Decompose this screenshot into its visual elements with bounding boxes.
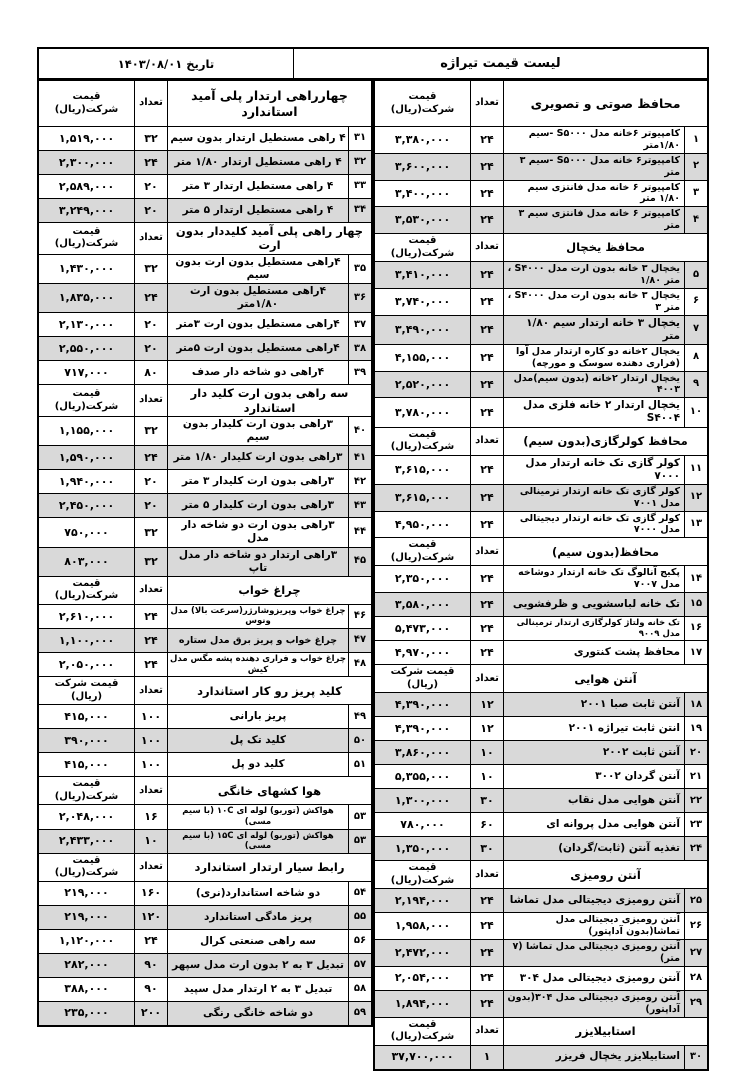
table-row: ۳۱۴ راهی مستطیل ارتدار بدون سیم۳۲۱,۵۱۹,۰… [39,126,371,150]
row-number: ۴۲ [348,470,371,493]
section-title: کلید پریز رو کار استاندارد [167,677,371,704]
table-row: ۱۴پکیج آنالوگ تک خانه ارتدار دوشاخه مدل … [375,565,707,592]
section-title: رابط سیار ارتدار استاندارد [167,854,371,881]
item-price: ۳,۶۱۵,۰۰۰ [375,485,470,511]
item-qty: ۲۴ [470,154,503,180]
products-column-left: چهارراهی ارتدار پلی آمید استانداردتعدادق… [37,80,373,1027]
item-qty: ۹۰ [134,954,167,977]
table-row: ۱۹انتن ثابت تیراژه ۲۰۰۱۱۲۴,۳۹۰,۰۰۰ [375,716,707,740]
item-qty: ۱۰۰ [134,753,167,776]
item-description: تغذیه آنتن (ثابت/گردان) [503,837,684,860]
item-description: ۴راهی مستطیل بدون ارت بدون سیم [167,255,348,283]
section-title: استابیلایزر [503,1018,707,1045]
item-description: کامپیوتر ۶ خانه مدل فانتزی سیم ۱/۸۰ متر [503,181,684,207]
row-number: ۳۷ [348,313,371,336]
table-row: ۳۸۴راهی مستطیل بدون ارت ۵متر۲۰۲,۵۵۰,۰۰۰ [39,336,371,360]
item-qty: ۶۰ [470,813,503,836]
item-price: ۱,۵۹۰,۰۰۰ [39,446,134,469]
item-description: ۳راهی بدون ارت کلیدار بدون سیم [167,417,348,445]
qty-column-label: تعداد [470,665,503,692]
item-description: استابیلایزر یخچال فریزر [503,1046,684,1069]
row-number: ۳۴ [348,199,371,222]
table-row: ۵۳هواکش (توربو) لوله ای ۱۵C (با سیم مسی)… [39,829,371,853]
item-price: ۲,۰۴۸,۰۰۰ [39,805,134,828]
item-description: یخچال ارتدار ۲ خانه فلزی مدل S۴۰۰۴ [503,398,684,426]
item-price: ۴,۱۵۵,۰۰۰ [375,345,470,371]
title-row: لیست قیمت تیراژه تاریخ ۱۴۰۳/۰۸/۰۱ [37,47,709,80]
item-description: تبدیل ۳ به ۲ ارتدار مدل سپید [167,978,348,1001]
item-description: آنتن هوایی مدل نقاب [503,789,684,812]
item-qty: ۲۴ [134,930,167,953]
table-row: ۱۳کولر گازی تک خانه ارتدار دیجیتالی مدل … [375,511,707,538]
table-row: ۵۴دو شاخه استاندارد(نری)۱۶۰۲۱۹,۰۰۰ [39,881,371,905]
item-price: ۱,۸۳۵,۰۰۰ [39,284,134,312]
item-price: ۳,۴۹۰,۰۰۰ [375,316,470,344]
item-price: ۲,۵۸۹,۰۰۰ [39,175,134,198]
item-price: ۲,۱۹۴,۰۰۰ [375,889,470,912]
item-qty: ۱۰ [134,830,167,853]
row-number: ۴۱ [348,446,371,469]
item-description: ۴راهی مستطیل بدون ارت ۵متر [167,337,348,360]
section-header-row: محافظ کولرگازی(بدون سیم)تعدادقیمت شرکت(ر… [375,427,707,455]
item-description: ۳راهی ارتدار دو شاخه دار مدل تاپ [167,548,348,576]
item-qty: ۲۴ [470,512,503,538]
item-description: پریز بارانی [167,705,348,728]
item-qty: ۳۲ [134,548,167,576]
row-number: ۵۱ [348,753,371,776]
item-price: ۲,۳۵۰,۰۰۰ [375,566,470,592]
table-row: ۲۰آنتن ثابت ۲۰۰۲۱۰۳,۸۶۰,۰۰۰ [375,740,707,764]
item-price: ۵,۳۵۵,۰۰۰ [375,765,470,788]
qty-column-label: تعداد [134,854,167,881]
table-row: ۵۶سه راهی صنعتی کرال۲۴۱,۱۲۰,۰۰۰ [39,929,371,953]
item-price: ۲,۴۷۲,۰۰۰ [375,940,470,966]
item-price: ۴,۹۵۰,۰۰۰ [375,512,470,538]
item-price: ۷۱۷,۰۰۰ [39,361,134,384]
table-row: ۴۴۳راهی بدون ارت دو شاخه دار مدل۳۲۷۵۰,۰۰… [39,517,371,546]
row-number: ۱۲ [684,485,707,511]
main-header-row: چهارراهی ارتدار پلی آمید استانداردتعدادق… [39,80,371,126]
item-price: ۱,۵۱۹,۰۰۰ [39,127,134,150]
price-column-label: قیمت شرکت(ریال) [39,223,134,254]
row-number: ۸ [684,345,707,371]
table-row: ۴۹پریز بارانی۱۰۰۴۱۵,۰۰۰ [39,704,371,728]
qty-column-label: تعداد [470,234,503,261]
row-number: ۵۷ [348,954,371,977]
table-row: ۳۲۴ راهی مستطیل ارتدار ۱/۸۰ متر۲۴۲,۳۰۰,۰… [39,150,371,174]
row-number: ۵۰ [348,729,371,752]
row-number: ۱۶ [684,617,707,640]
qty-column-label: تعداد [470,538,503,565]
row-number: ۴۷ [348,629,371,652]
item-description: ۴ راهی مستطیل ارتدار ۵ متر [167,199,348,222]
item-price: ۲,۵۲۰,۰۰۰ [375,372,470,398]
item-qty: ۲۴ [470,889,503,912]
item-qty: ۱۲ [470,693,503,716]
item-description: آنتن ثابت صبا ۲۰۰۱ [503,693,684,716]
item-price: ۲۱۹,۰۰۰ [39,906,134,929]
item-qty: ۳۰ [470,789,503,812]
row-number: ۵۳ [348,805,371,828]
row-number: ۲۵ [684,889,707,912]
item-description: تک خانه ولتاژ کولرگازی ارتدار ترمینالی م… [503,617,684,640]
table-row: ۴۵۳راهی ارتدار دو شاخه دار مدل تاپ۳۲۸۰۳,… [39,547,371,576]
item-qty: ۲۴ [470,316,503,344]
item-description: یخچال ۳ خانه ارتدار سیم ۱/۸۰ متر [503,316,684,344]
item-price: ۲۱۹,۰۰۰ [39,882,134,905]
item-price: ۲,۳۰۰,۰۰۰ [39,151,134,174]
section-header-row: آنتن رومیزیتعدادقیمت شرکت(ریال) [375,860,707,888]
item-qty: ۲۴ [134,284,167,312]
item-price: ۳,۷۴۰,۰۰۰ [375,289,470,315]
item-price: ۴۱۵,۰۰۰ [39,753,134,776]
row-number: ۵۵ [348,906,371,929]
item-description: هواکش (توربو) لوله ای ۱۰C (با سیم مسی) [167,805,348,828]
item-price: ۸۰۳,۰۰۰ [39,548,134,576]
item-description: ۴ راهی مستطیل ارتدار ۳ متر [167,175,348,198]
row-number: ۳۳ [348,175,371,198]
item-qty: ۱۶۰ [134,882,167,905]
price-table: لیست قیمت تیراژه تاریخ ۱۴۰۳/۰۸/۰۱ محافظ … [37,47,709,1071]
item-price: ۲,۴۳۳,۰۰۰ [39,830,134,853]
table-row: ۲۷آنتن رومیزی دیجیتالی مدل تماشا (۷ متر)… [375,939,707,966]
table-row: ۳۶۴راهی مستطیل بدون ارت ۱/۸۰متر۲۴۱,۸۳۵,۰… [39,283,371,312]
table-body: محافظ صوتی و تصویریتعدادقیمت شرکت(ریال)۱… [37,80,709,1071]
item-price: ۵,۴۷۳,۰۰۰ [375,617,470,640]
section-title: چهار راهی پلی آمید کلیددار بدون ارت [167,223,371,254]
item-description: کولر گازی تک خانه ارتدار دیجیتالی مدل ۷۰… [503,512,684,538]
item-price: ۳,۴۰۰,۰۰۰ [375,181,470,207]
item-qty: ۲۴ [470,485,503,511]
row-number: ۵۶ [348,930,371,953]
item-description: آنتن رومیزی دیجیتالی مدل تماشا [503,889,684,912]
item-qty: ۲۰۰ [134,1002,167,1025]
table-row: ۱۸آنتن ثابت صبا ۲۰۰۱۱۲۴,۳۹۰,۰۰۰ [375,692,707,716]
item-qty: ۲۴ [134,151,167,174]
item-description: پریز مادگی استاندارد [167,906,348,929]
item-qty: ۲۴ [470,181,503,207]
table-row: ۱۷محافظ پشت کنتوری۲۴۴,۹۷۰,۰۰۰ [375,640,707,664]
item-description: کلید دو پل [167,753,348,776]
row-number: ۴۹ [348,705,371,728]
section-title: سه راهی بدون ارت کلید دار استاندارد [167,385,371,416]
row-number: ۹ [684,372,707,398]
qty-column-label: تعداد [470,1018,503,1045]
section-title: آنتن رومیزی [503,861,707,888]
row-number: ۲۳ [684,813,707,836]
table-row: ۶یخچال ۳ خانه بدون ارت مدل S۴۰۰۰ ، متر ۳… [375,288,707,315]
item-description: دو شاخه استاندارد(نری) [167,882,348,905]
item-description: آنتن گردان ۳۰۰۲ [503,765,684,788]
item-description: یخچال ۳ خانه بدون ارت مدل S۴۰۰۰ ، متر ۳ [503,289,684,315]
price-column-label: قیمت شرکت (ریال) [375,665,470,692]
item-description: انتن ثابت تیراژه ۲۰۰۱ [503,717,684,740]
row-number: ۴ [684,207,707,233]
row-number: ۲۲ [684,789,707,812]
table-row: ۳۵۴راهی مستطیل بدون ارت بدون سیم۳۲۱,۴۳۰,… [39,254,371,283]
section-title: چهارراهی ارتدار پلی آمید استاندارد [167,81,371,126]
item-price: ۳,۷۸۰,۰۰۰ [375,398,470,426]
table-row: ۱۲کولر گازی تک خانه ارتدار ترمینالی مدل … [375,484,707,511]
page-title: لیست قیمت تیراژه [293,49,707,78]
table-row: ۳۳۴ راهی مستطیل ارتدار ۳ متر۲۰۲,۵۸۹,۰۰۰ [39,174,371,198]
item-price: ۳,۵۸۰,۰۰۰ [375,593,470,616]
item-description: آنتن رومیزی دیجیتالی مدل تماشا (۷ متر) [503,940,684,966]
table-row: ۹یخچال ارتدار ۲خانه (بدون سیم)مدل ۴۰۰۳۲۴… [375,371,707,398]
item-qty: ۱۲ [470,717,503,740]
item-price: ۳,۳۸۰,۰۰۰ [375,127,470,153]
qty-column-label: تعداد [134,385,167,416]
item-description: کلید تک پل [167,729,348,752]
row-number: ۳۸ [348,337,371,360]
table-row: ۱۰یخچال ارتدار ۲ خانه فلزی مدل S۴۰۰۴۲۴۳,… [375,397,707,426]
row-number: ۴۰ [348,417,371,445]
main-header-row: محافظ صوتی و تصویریتعدادقیمت شرکت(ریال) [375,80,707,126]
item-description: ۳راهی بدون ارت کلیدار ۱/۸۰ متر [167,446,348,469]
item-description: آنتن ثابت ۲۰۰۲ [503,741,684,764]
item-qty: ۱۰۰ [134,729,167,752]
item-price: ۴,۳۹۰,۰۰۰ [375,717,470,740]
table-row: ۵۱کلید دو پل۱۰۰۴۱۵,۰۰۰ [39,752,371,776]
item-price: ۱,۱۰۰,۰۰۰ [39,629,134,652]
item-price: ۱,۹۵۸,۰۰۰ [375,913,470,939]
row-number: ۵۹ [348,1002,371,1025]
item-price: ۲۳۵,۰۰۰ [39,1002,134,1025]
item-qty: ۱ [470,1046,503,1069]
item-price: ۷۸۰,۰۰۰ [375,813,470,836]
section-title: محافظ یخچال [503,234,707,261]
price-column-label: قیمت شرکت(ریال) [39,854,134,881]
row-number: ۴۳ [348,494,371,517]
item-qty: ۲۴ [134,629,167,652]
table-row: ۴۳۳راهی بدون ارت کلیدار ۵ متر۲۰۲,۴۵۰,۰۰۰ [39,493,371,517]
row-number: ۲۶ [684,913,707,939]
table-row: ۴۷چراغ خواب و پریز برق مدل ستاره۲۴۱,۱۰۰,… [39,628,371,652]
price-column-label: قیمت شرکت(ریال) [375,861,470,888]
item-price: ۱,۳۵۰,۰۰۰ [375,837,470,860]
row-number: ۵۳ [348,830,371,853]
item-qty: ۲۴ [470,345,503,371]
item-description: تبدیل ۳ به ۲ بدون ارت مدل سپهر [167,954,348,977]
item-qty: ۲۰ [134,313,167,336]
row-number: ۲۹ [684,991,707,1017]
item-price: ۳,۲۴۹,۰۰۰ [39,199,134,222]
item-price: ۲,۵۵۰,۰۰۰ [39,337,134,360]
table-row: ۴۱۳راهی بدون ارت کلیدار ۱/۸۰ متر۲۴۱,۵۹۰,… [39,445,371,469]
item-qty: ۲۴ [470,127,503,153]
row-number: ۲۱ [684,765,707,788]
table-row: ۲۸آنتن رومیزی دیجیتالی مدل ۳۰۴۲۴۲,۰۵۴,۰۰… [375,966,707,990]
table-row: ۵۳هواکش (توربو) لوله ای ۱۰C (با سیم مسی)… [39,804,371,828]
item-description: یخچال ارتدار ۲خانه (بدون سیم)مدل ۴۰۰۳ [503,372,684,398]
row-number: ۲۷ [684,940,707,966]
item-price: ۱,۱۵۵,۰۰۰ [39,417,134,445]
item-description: آنتن هوایی مدل پروانه ای [503,813,684,836]
item-description: کامپیوتر ۶ خانه مدل فانتزی سیم ۳ متر [503,207,684,233]
table-row: ۳۰استابیلایزر یخچال فریزر۱۳۷,۷۰۰,۰۰۰ [375,1045,707,1069]
item-qty: ۲۰ [134,494,167,517]
row-number: ۵۸ [348,978,371,1001]
item-qty: ۲۴ [470,593,503,616]
row-number: ۳۲ [348,151,371,174]
table-row: ۴۶چراغ خواب وپریزوشارژر(سرعت بالا) مدل و… [39,604,371,628]
item-description: کولر گازی تک خانه ارتدار ترمینالی مدل ۷۰… [503,485,684,511]
item-price: ۲,۰۵۰,۰۰۰ [39,653,134,676]
item-description: چراغ خواب وپریزوشارژر(سرعت بالا) مدل ونو… [167,605,348,628]
section-header-row: چهار راهی پلی آمید کلیددار بدون ارتتعداد… [39,222,371,254]
section-title: آنتن هوایی [503,665,707,692]
qty-column-label: تعداد [134,677,167,704]
section-header-row: سه راهی بدون ارت کلید دار استانداردتعداد… [39,384,371,416]
table-row: ۲۶آنتن رومیزی دیجیتالی مدل تماشا(بدون آد… [375,912,707,939]
table-row: ۳کامپیوتر ۶ خانه مدل فانتزی سیم ۱/۸۰ متر… [375,180,707,207]
section-title: محافظ کولرگازی(بدون سیم) [503,428,707,455]
item-description: ۴راهی دو شاخه دار صدف [167,361,348,384]
item-qty: ۳۲ [134,417,167,445]
row-number: ۴۸ [348,653,371,676]
item-qty: ۲۴ [470,207,503,233]
item-description: ۴راهی مستطیل بدون ارت ۱/۸۰متر [167,284,348,312]
item-description: سه راهی صنعتی کرال [167,930,348,953]
table-row: ۳۹۴راهی دو شاخه دار صدف۸۰۷۱۷,۰۰۰ [39,360,371,384]
row-number: ۱۳ [684,512,707,538]
products-column-right: محافظ صوتی و تصویریتعدادقیمت شرکت(ریال)۱… [373,80,709,1071]
section-header-row: کلید پریز رو کار استانداردتعدادقیمت شرکت… [39,676,371,704]
item-description: کولر گازی تک خانه ارتدار مدل ۷۰۰۰ [503,456,684,484]
table-row: ۵۷تبدیل ۳ به ۲ بدون ارت مدل سپهر۹۰۲۸۲,۰۰… [39,953,371,977]
item-description: ۳راهی بدون ارت کلیدار ۵ متر [167,494,348,517]
item-description: کامپیوتر ۶خانه مدل S۵۰۰۰ -سیم ۱/۸۰متر [503,127,684,153]
table-row: ۲۹آنتن رومیزی دیجیتالی مدل ۳۰۴(بدون آداپ… [375,990,707,1017]
item-qty: ۲۰ [134,337,167,360]
row-number: ۴۶ [348,605,371,628]
qty-column-label: تعداد [134,223,167,254]
table-row: ۵۸تبدیل ۳ به ۲ ارتدار مدل سپید۹۰۳۸۸,۰۰۰ [39,977,371,1001]
table-row: ۱کامپیوتر ۶خانه مدل S۵۰۰۰ -سیم ۱/۸۰متر۲۴… [375,126,707,153]
item-qty: ۱۰ [470,741,503,764]
item-qty: ۳۲ [134,127,167,150]
item-price: ۴,۳۹۰,۰۰۰ [375,693,470,716]
price-column-label: قیمت شرکت(ریال) [375,428,470,455]
section-title: محافظ(بدون سیم) [503,538,707,565]
item-qty: ۱۲۰ [134,906,167,929]
table-row: ۴۰۳راهی بدون ارت کلیدار بدون سیم۳۲۱,۱۵۵,… [39,416,371,445]
qty-column-label: تعداد [134,577,167,604]
item-price: ۱,۱۲۰,۰۰۰ [39,930,134,953]
table-row: ۴کامپیوتر ۶ خانه مدل فانتزی سیم ۳ متر۲۴۳… [375,206,707,233]
row-number: ۱۱ [684,456,707,484]
item-qty: ۲۰ [134,175,167,198]
item-price: ۳,۵۳۰,۰۰۰ [375,207,470,233]
item-qty: ۲۴ [470,940,503,966]
item-price: ۲,۰۵۴,۰۰۰ [375,967,470,990]
item-description: ۳راهی بدون ارت دو شاخه دار مدل [167,518,348,546]
row-number: ۲ [684,154,707,180]
price-column-label: قیمت شرکت(ریال) [375,234,470,261]
item-description: دو شاخه خانگی رنگی [167,1002,348,1025]
item-qty: ۳۰ [470,837,503,860]
section-header-row: محافظ(بدون سیم)تعدادقیمت شرکت(ریال) [375,537,707,565]
section-header-row: رابط سیار ارتدار استانداردتعدادقیمت شرکت… [39,853,371,881]
item-qty: ۲۴ [470,456,503,484]
item-price: ۳۷,۷۰۰,۰۰۰ [375,1046,470,1069]
item-price: ۷۵۰,۰۰۰ [39,518,134,546]
price-column-label: قیمت شرکت(ریال) [375,81,470,126]
item-description: محافظ پشت کنتوری [503,641,684,664]
item-description: هواکش (توربو) لوله ای ۱۵C (با سیم مسی) [167,830,348,853]
item-qty: ۲۴ [470,398,503,426]
table-row: ۴۸چراغ خواب و فراری دهنده پشه مگس مدل کی… [39,652,371,676]
item-description: چراغ خواب و فراری دهنده پشه مگس مدل کیش [167,653,348,676]
item-price: ۴۱۵,۰۰۰ [39,705,134,728]
item-description: ۴ راهی مستطیل ارتدار ۱/۸۰ متر [167,151,348,174]
table-row: ۱۵تک خانه لباسشویی و ظرفشویی۲۴۳,۵۸۰,۰۰۰ [375,592,707,616]
section-header-row: استابیلایزرتعدادقیمت شرکت(ریال) [375,1017,707,1045]
item-qty: ۲۴ [134,446,167,469]
section-title: چراغ خواب [167,577,371,604]
row-number: ۲۴ [684,837,707,860]
price-column-label: قیمت شرکت(ریال) [39,577,134,604]
item-qty: ۲۴ [470,262,503,288]
section-title: هوا کشهای خانگی [167,777,371,804]
qty-column-label: تعداد [134,81,167,126]
item-qty: ۲۰ [134,470,167,493]
row-number: ۵ [684,262,707,288]
table-row: ۲۱آنتن گردان ۳۰۰۲۱۰۵,۳۵۵,۰۰۰ [375,764,707,788]
item-qty: ۲۴ [470,289,503,315]
qty-column-label: تعداد [470,428,503,455]
table-row: ۲۲آنتن هوایی مدل نقاب۳۰۱,۳۰۰,۰۰۰ [375,788,707,812]
item-qty: ۲۴ [470,617,503,640]
item-description: ۴ راهی مستطیل ارتدار بدون سیم [167,127,348,150]
table-row: ۵یخچال ۳ خانه بدون ارت مدل S۴۰۰۰ ، متر ۱… [375,261,707,288]
row-number: ۷ [684,316,707,344]
item-price: ۴,۹۷۰,۰۰۰ [375,641,470,664]
item-price: ۳,۸۶۰,۰۰۰ [375,741,470,764]
item-qty: ۱۶ [134,805,167,828]
price-column-label: قیمت شرکت(ریال) [39,385,134,416]
item-qty: ۲۴ [470,566,503,592]
item-description: تک خانه لباسشویی و ظرفشویی [503,593,684,616]
item-description: ۳راهی بدون ارت کلیدار ۳ متر [167,470,348,493]
item-qty: ۲۴ [470,991,503,1017]
item-price: ۳,۶۰۰,۰۰۰ [375,154,470,180]
item-price: ۳,۶۱۵,۰۰۰ [375,456,470,484]
item-price: ۱,۹۴۰,۰۰۰ [39,470,134,493]
table-row: ۲۵آنتن رومیزی دیجیتالی مدل تماشا۲۴۲,۱۹۴,… [375,888,707,912]
section-header-row: هوا کشهای خانگیتعدادقیمت شرکت(ریال) [39,776,371,804]
table-row: ۳۴۴ راهی مستطیل ارتدار ۵ متر۲۰۳,۲۴۹,۰۰۰ [39,198,371,222]
item-qty: ۱۰ [470,765,503,788]
row-number: ۱۷ [684,641,707,664]
item-price: ۱,۸۹۴,۰۰۰ [375,991,470,1017]
item-qty: ۳۲ [134,255,167,283]
qty-column-label: تعداد [470,81,503,126]
item-price: ۳,۴۱۰,۰۰۰ [375,262,470,288]
date-label: تاریخ ۱۴۰۳/۰۸/۰۱ [39,49,293,78]
row-number: ۳۰ [684,1046,707,1069]
price-column-label: قیمت شرکت(ریال) [39,777,134,804]
item-qty: ۲۴ [470,641,503,664]
table-row: ۲۴تغذیه آنتن (ثابت/گردان)۳۰۱,۳۵۰,۰۰۰ [375,836,707,860]
row-number: ۶ [684,289,707,315]
row-number: ۴۵ [348,548,371,576]
item-description: یخچال ۳ خانه بدون ارت مدل S۴۰۰۰ ، متر ۱/… [503,262,684,288]
row-number: ۳۶ [348,284,371,312]
item-qty: ۲۴ [134,605,167,628]
row-number: ۱۵ [684,593,707,616]
row-number: ۱۹ [684,717,707,740]
